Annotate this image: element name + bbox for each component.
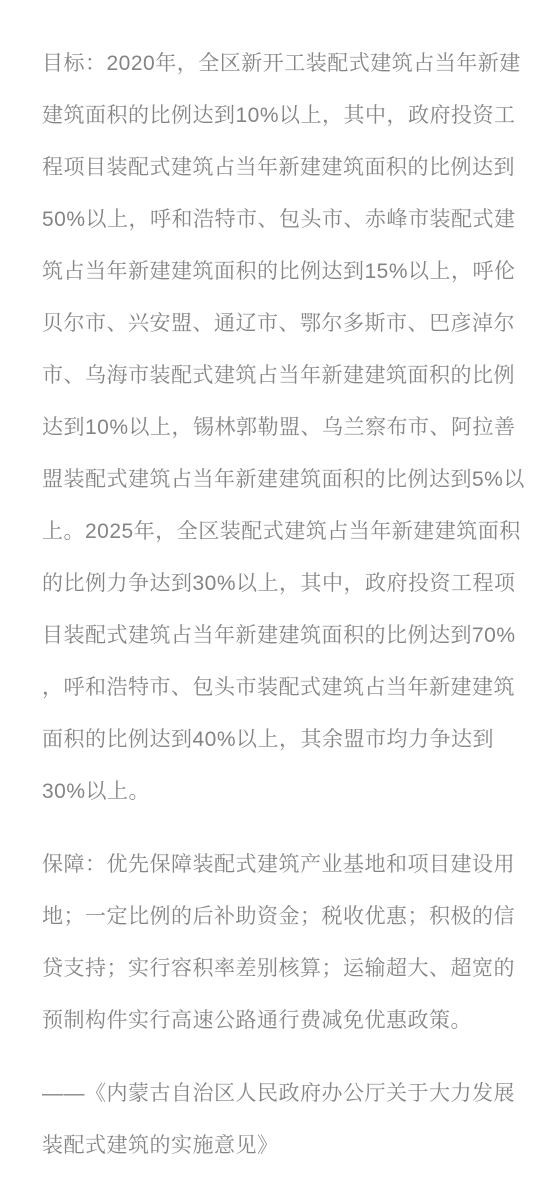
text-line: 30%以上。 <box>42 766 512 818</box>
text-line: 目装配式建筑占当年新建建筑面积的比例达到70% <box>42 610 512 662</box>
paragraph-citation: ——《内蒙古自治区人民政府办公厅关于大力发展装配式建筑的实施意见》 <box>42 1068 512 1172</box>
text-line: 预制构件实行高速公路通行费减免优惠政策。 <box>42 995 512 1047</box>
text-line: ，呼和浩特市、包头市装配式建筑占当年新建建筑 <box>42 662 512 714</box>
text-line: 目标：2020年，全区新开工装配式建筑占当年新建 <box>42 38 512 90</box>
text-line: 50%以上，呼和浩特市、包头市、赤峰市装配式建 <box>42 194 512 246</box>
text-line: 贷支持；实行容积率差别核算；运输超大、超宽的 <box>42 943 512 995</box>
text-line: 的比例力争达到30%以上，其中，政府投资工程项 <box>42 558 512 610</box>
text-line: 达到10%以上，锡林郭勒盟、乌兰察布市、阿拉善 <box>42 402 512 454</box>
text-line: 贝尔市、兴安盟、通辽市、鄂尔多斯市、巴彦淖尔 <box>42 298 512 350</box>
text-line: 建筑面积的比例达到10%以上，其中，政府投资工 <box>42 90 512 142</box>
text-line: 筑占当年新建建筑面积的比例达到15%以上，呼伦 <box>42 246 512 298</box>
paragraph-safeguards: 保障：优先保障装配式建筑产业基地和项目建设用地；一定比例的后补助资金；税收优惠；… <box>42 839 512 1047</box>
article-body: 目标：2020年，全区新开工装配式建筑占当年新建建筑面积的比例达到10%以上，其… <box>0 0 550 1172</box>
text-line: 市、乌海市装配式建筑占当年新建建筑面积的比例 <box>42 350 512 402</box>
text-line: 盟装配式建筑占当年新建建筑面积的比例达到5%以 <box>42 454 512 506</box>
paragraph-targets: 目标：2020年，全区新开工装配式建筑占当年新建建筑面积的比例达到10%以上，其… <box>42 38 512 818</box>
text-line: 面积的比例达到40%以上，其余盟市均力争达到 <box>42 714 512 766</box>
text-line: 上。2025年，全区装配式建筑占当年新建建筑面积 <box>42 506 512 558</box>
text-line: 装配式建筑的实施意见》 <box>42 1120 512 1172</box>
text-line: 程项目装配式建筑占当年新建建筑面积的比例达到 <box>42 142 512 194</box>
text-line: ——《内蒙古自治区人民政府办公厅关于大力发展 <box>42 1068 512 1120</box>
text-line: 地；一定比例的后补助资金；税收优惠；积极的信 <box>42 891 512 943</box>
text-line: 保障：优先保障装配式建筑产业基地和项目建设用 <box>42 839 512 891</box>
